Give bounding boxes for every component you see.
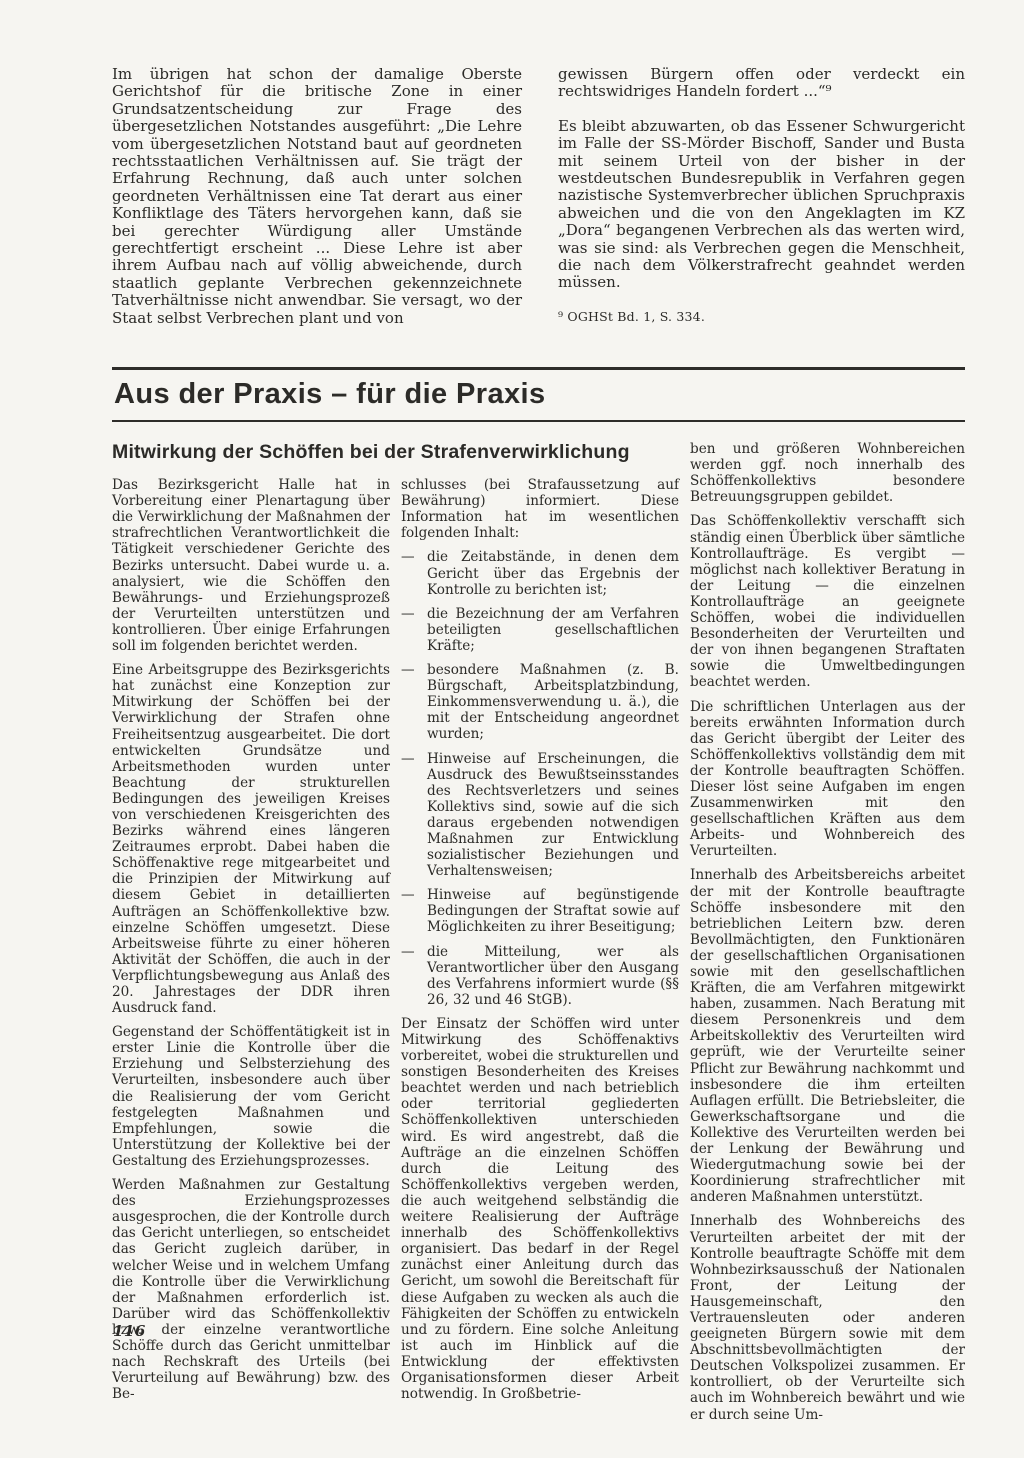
list-item-text: die Mitteilung, wer als Verantwortlicher…	[427, 944, 679, 1008]
dash-bullet: —	[401, 887, 427, 935]
list-item-text: die Zeitabstände, in denen dem Gericht ü…	[427, 549, 679, 597]
paragraph: gewissen Bürgern offen oder verdeckt ein…	[558, 66, 965, 101]
paragraph: Werden Maßnahmen zur Gestaltung des Erzi…	[112, 1177, 390, 1402]
list-item: — besondere Maßnahmen (z. B. Bürgschaft,…	[401, 662, 679, 742]
dash-bullet: —	[401, 751, 427, 880]
top-article-continuation: Im übrigen hat schon der damalige Oberst…	[112, 66, 965, 344]
article-column-1: Das Bezirksgericht Halle hat in Vorberei…	[112, 477, 390, 1410]
dash-bullet: —	[401, 606, 427, 654]
paragraph: Es bleibt abzuwarten, ob das Essener Sch…	[558, 118, 965, 292]
list-item-text: die Bezeichnung der am Verfahren beteili…	[427, 606, 679, 654]
list-item: — die Mitteilung, wer als Verantwortlich…	[401, 944, 679, 1008]
divider-top	[112, 367, 965, 370]
article-column-3: ben und größeren Wohnbereichen werden gg…	[690, 441, 965, 1431]
list-item: — die Bezeichnung der am Verfahren betei…	[401, 606, 679, 654]
list-item: — die Zeitabstände, in denen dem Gericht…	[401, 549, 679, 597]
section-banner: Aus der Praxis – für die Praxis	[112, 367, 965, 422]
article-columns-1-2: Das Bezirksgericht Halle hat in Vorberei…	[112, 477, 679, 1410]
dash-bullet: —	[401, 944, 427, 1008]
list-item-text: besondere Maßnahmen (z. B. Bürgschaft, A…	[427, 662, 679, 742]
list-item: — Hinweise auf begünstigende Bedingungen…	[401, 887, 679, 935]
footnote: ⁹ OGHSt Bd. 1, S. 334.	[558, 309, 965, 324]
paragraph: Im übrigen hat schon der damalige Oberst…	[112, 66, 522, 327]
list-item-text: Hinweise auf begünstigende Bedingungen d…	[427, 887, 679, 935]
journal-page: Im übrigen hat schon der damalige Oberst…	[0, 0, 1024, 1458]
list-item: — Hinweise auf Erscheinungen, die Ausdru…	[401, 751, 679, 880]
section-title: Aus der Praxis – für die Praxis	[114, 378, 965, 411]
article-column-2: schlusses (bei Strafaussetzung auf Bewäh…	[401, 477, 679, 1410]
article-title: Mitwirkung der Schöffen bei der Strafenv…	[112, 441, 679, 464]
dash-bullet: —	[401, 662, 427, 742]
divider-bottom	[112, 420, 965, 422]
paragraph: Der Einsatz der Schöffen wird unter Mitw…	[401, 1016, 679, 1402]
list-item-text: Hinweise auf Erscheinungen, die Ausdruck…	[427, 751, 679, 880]
paragraph: Innerhalb des Arbeitsbereichs arbeitet d…	[690, 867, 965, 1205]
paragraph: Das Bezirksgericht Halle hat in Vorberei…	[112, 477, 390, 654]
top-right-column: gewissen Bürgern offen oder verdeckt ein…	[558, 66, 965, 344]
paragraph: schlusses (bei Strafaussetzung auf Bewäh…	[401, 477, 679, 541]
article-left-block: Mitwirkung der Schöffen bei der Strafenv…	[112, 441, 679, 1410]
top-left-column: Im übrigen hat schon der damalige Oberst…	[112, 66, 522, 344]
paragraph: Gegenstand der Schöffentätigkeit ist in …	[112, 1024, 390, 1169]
paragraph: ben und größeren Wohnbereichen werden gg…	[690, 441, 965, 505]
dash-bullet: —	[401, 549, 427, 597]
paragraph: Innerhalb des Wohnbereichs des Verurteil…	[690, 1213, 965, 1422]
page-number: 116	[113, 1322, 146, 1340]
paragraph: Die schriftlichen Unterlagen aus der ber…	[690, 699, 965, 860]
article: Mitwirkung der Schöffen bei der Strafenv…	[112, 441, 965, 1431]
paragraph: Das Schöffenkollektiv verschafft sich st…	[690, 513, 965, 690]
paragraph: Eine Arbeitsgruppe des Bezirksgerichts h…	[112, 662, 390, 1016]
